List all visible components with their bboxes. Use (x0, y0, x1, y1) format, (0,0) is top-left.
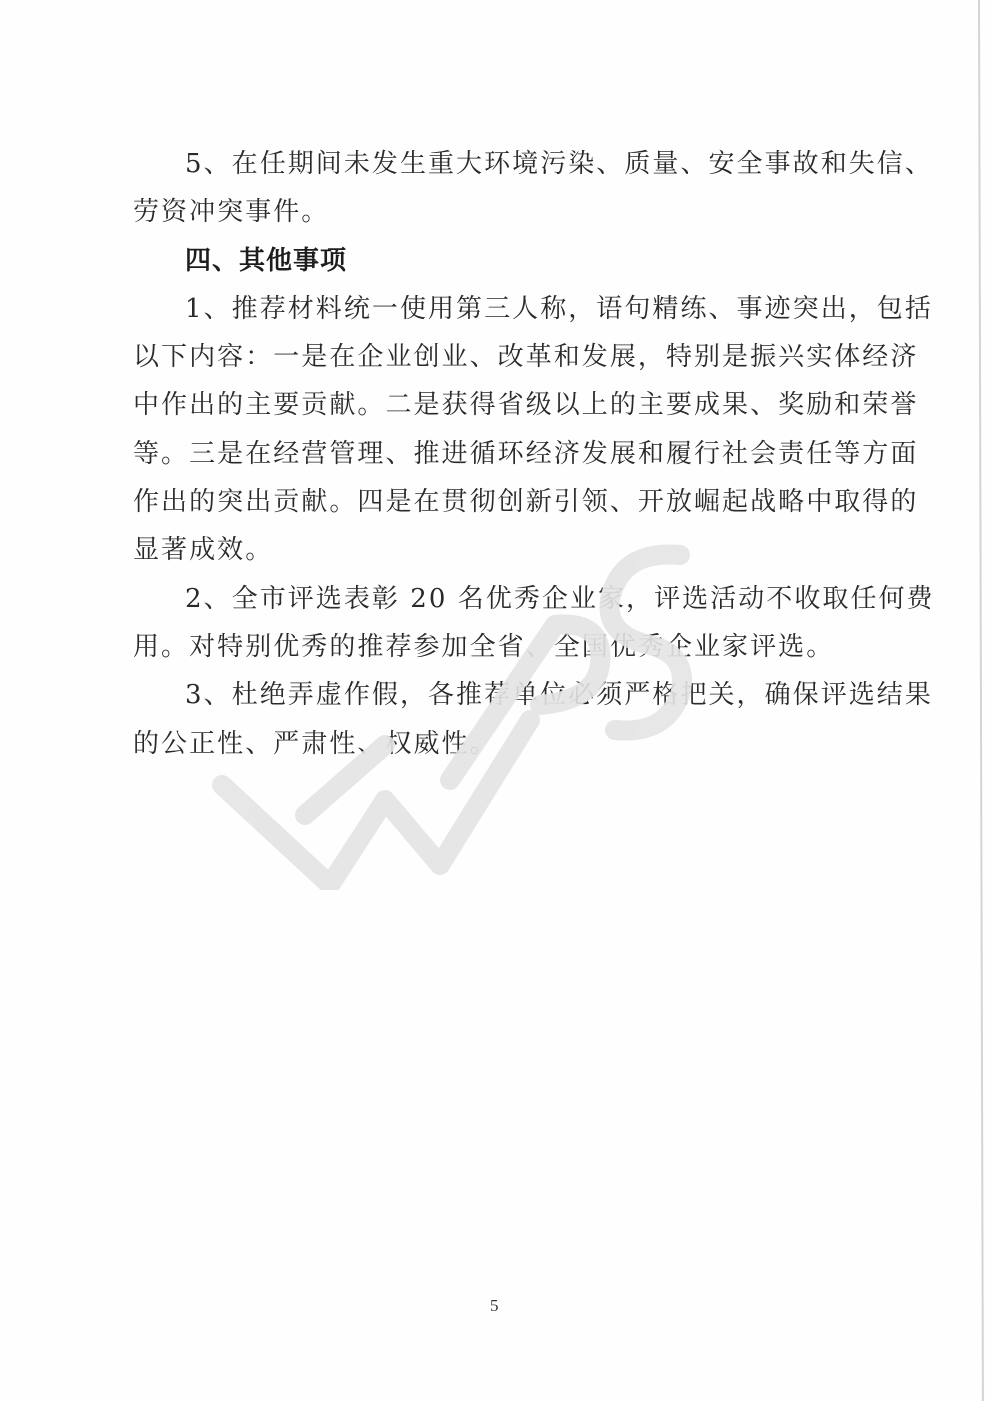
paragraph-line: 1、推荐材料统一使用第三人称，语句精练、事迹突出，包括 (133, 285, 863, 333)
paragraph-line: 作出的突出贡献。四是在贯彻创新引领、开放崛起战略中取得的 (133, 478, 863, 526)
page-number: 5 (490, 1296, 499, 1316)
document-body: 5、在任期间未发生重大环境污染、质量、安全事故和失信、 劳资冲突事件。 四、其他… (133, 140, 863, 768)
section-heading: 四、其他事项 (133, 237, 863, 285)
paragraph-line: 3、杜绝弄虚作假，各推荐单位必须严格把关，确保评选结果 (133, 671, 863, 719)
paragraph-line: 的公正性、严肃性、权威性。 (133, 720, 863, 768)
paragraph-line: 劳资冲突事件。 (133, 188, 863, 236)
paragraph-line: 2、全市评选表彰 20 名优秀企业家，评选活动不收取任何费 (133, 575, 863, 623)
paragraph-line: 用。对特别优秀的推荐参加全省、全国优秀企业家评选。 (133, 623, 863, 671)
paragraph-line: 中作出的主要贡献。二是获得省级以上的主要成果、奖励和荣誉 (133, 381, 863, 429)
paragraph-line: 等。三是在经营管理、推进循环经济发展和履行社会责任等方面 (133, 430, 863, 478)
paragraph-line: 以下内容：一是在企业创业、改革和发展，特别是振兴实体经济 (133, 333, 863, 381)
paragraph-line: 显著成效。 (133, 526, 863, 574)
paragraph-line: 5、在任期间未发生重大环境污染、质量、安全事故和失信、 (133, 140, 863, 188)
document-page: 5、在任期间未发生重大环境污染、质量、安全事故和失信、 劳资冲突事件。 四、其他… (0, 0, 991, 1401)
scan-edge-line (978, 0, 984, 1401)
